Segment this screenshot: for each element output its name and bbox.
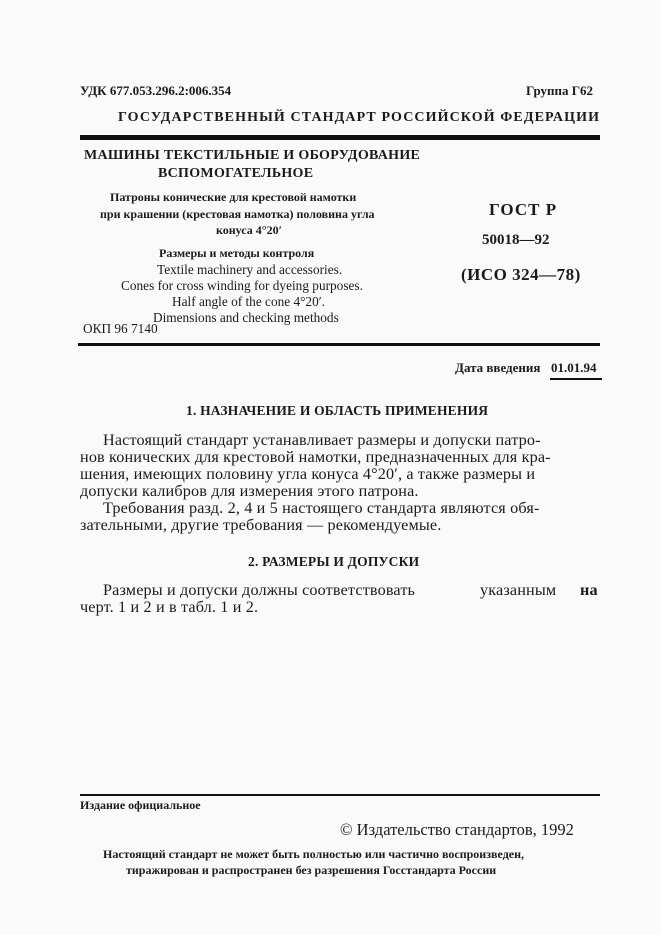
gost-number: 50018—92 [482, 232, 550, 249]
subtitle-en-line: Textile machinery and accessories. [157, 262, 342, 278]
intro-date-label: Дата введения [455, 360, 540, 376]
subtitle-en-line: Half angle of the cone 4°20′. [172, 294, 325, 310]
paragraph-word: на [580, 581, 598, 600]
subtitle-ru-line: Размеры и методы контроля [159, 246, 314, 261]
section-heading: 2. РАЗМЕРЫ И ДОПУСКИ [248, 554, 419, 570]
category-title-line1: МАШИНЫ ТЕКСТИЛЬНЫЕ И ОБОРУДОВАНИЕ [84, 148, 420, 164]
category-title-line2: ВСПОМОГАТЕЛЬНОЕ [158, 166, 313, 182]
reproduction-notice-line: тиражирован и распространен без разрешен… [126, 863, 496, 878]
paragraph-word: указанным [480, 581, 556, 600]
subtitle-ru-line: при крашении (крестовая намотка) половин… [100, 207, 375, 222]
intro-date-underline [550, 378, 602, 380]
state-standard-title: ГОСУДАРСТВЕННЫЙ СТАНДАРТ РОССИЙСКОЙ ФЕДЕ… [118, 110, 600, 126]
official-edition-label: Издание официальное [80, 798, 201, 813]
subtitle-ru-line: Патроны конические для крестовой намотки [110, 190, 356, 205]
gost-designation: ГОСТ Р [489, 200, 557, 220]
footer-rule-divider [80, 794, 600, 796]
top-rule-divider [80, 135, 600, 140]
paragraph-line: черт. 1 и 2 и в табл. 1 и 2. [80, 598, 258, 617]
subtitle-ru-line: конуса 4°20′ [216, 223, 282, 238]
copyright-notice: © Издательство стандартов, 1992 [340, 820, 574, 840]
udk-code: УДК 677.053.296.2:006.354 [80, 83, 231, 99]
reproduction-notice-line: Настоящий стандарт не может быть полност… [103, 847, 524, 862]
subtitle-en-line: Cones for cross winding for dyeing purpo… [121, 278, 363, 294]
okp-code: ОКП 96 7140 [83, 321, 158, 337]
paragraph-line: зательными, другие требования — рекоменд… [80, 516, 441, 535]
group-code: Группа Г62 [526, 83, 593, 99]
intro-date-value: 01.01.94 [551, 360, 597, 376]
section-heading: 1. НАЗНАЧЕНИЕ И ОБЛАСТЬ ПРИМЕНЕНИЯ [186, 403, 488, 419]
title-block-rule-divider [78, 343, 600, 346]
subtitle-en-line: Dimensions and checking methods [153, 310, 339, 326]
iso-equivalent: (ИСО 324—78) [461, 265, 581, 285]
